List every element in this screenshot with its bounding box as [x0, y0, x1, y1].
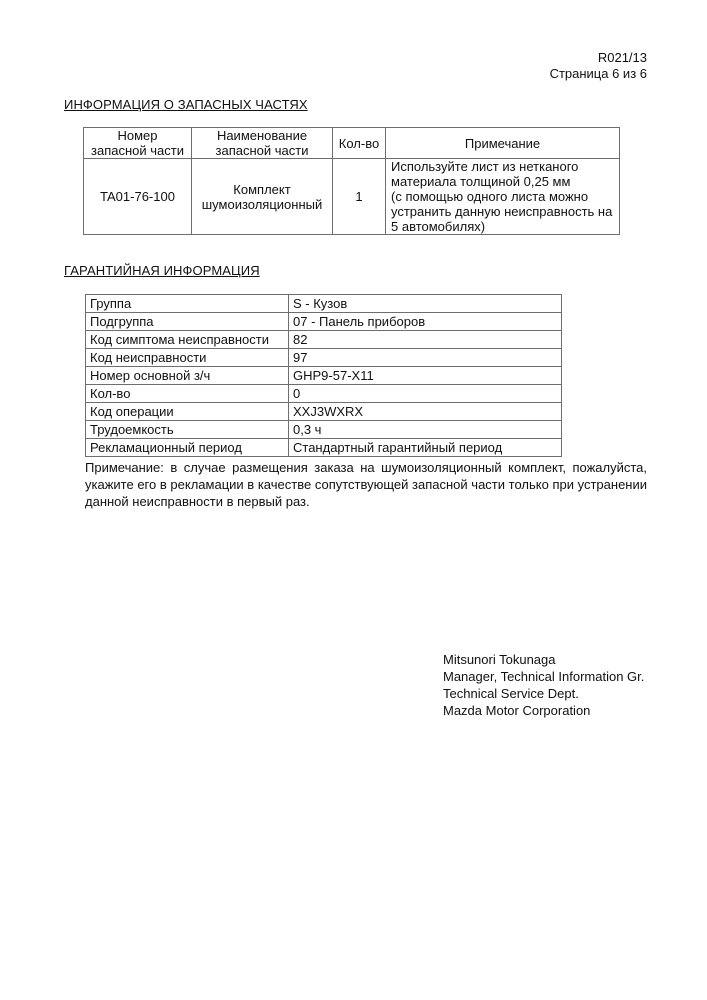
warranty-section-title: ГАРАНТИЙНАЯ ИНФОРМАЦИЯ	[64, 263, 260, 278]
signatory-department: Technical Service Dept.	[443, 685, 644, 702]
warranty-label-main-part: Номер основной з/ч	[86, 367, 289, 385]
document-header: R021/13 Страница 6 из 6	[550, 50, 647, 82]
warranty-value-defect-code: 97	[289, 349, 562, 367]
warranty-note: Примечание: в случае размещения заказа н…	[85, 459, 647, 510]
parts-table: Номер запасной части Наименование запасн…	[83, 127, 620, 235]
warranty-value-labor-time: 0,3 ч	[289, 421, 562, 439]
warranty-value-claim-period: Стандартный гарантийный период	[289, 439, 562, 457]
part-number-cell: TA01-76-100	[84, 159, 192, 235]
column-header-quantity: Кол-во	[333, 128, 386, 159]
column-header-remark: Примечание	[386, 128, 620, 159]
parts-section-title: ИНФОРМАЦИЯ О ЗАПАСНЫХ ЧАСТЯХ	[64, 97, 308, 112]
page-indicator: Страница 6 из 6	[550, 66, 647, 82]
table-row: TA01-76-100 Комплект шумоизоляционный 1 …	[84, 159, 620, 235]
parts-table-header-row: Номер запасной части Наименование запасн…	[84, 128, 620, 159]
warranty-label-symptom-code: Код симптома неисправности	[86, 331, 289, 349]
table-row: Трудоемкость 0,3 ч	[86, 421, 562, 439]
document-number: R021/13	[550, 50, 647, 66]
warranty-value-group: S - Кузов	[289, 295, 562, 313]
warranty-value-main-part: GHP9-57-X11	[289, 367, 562, 385]
warranty-value-subgroup: 07 - Панель приборов	[289, 313, 562, 331]
warranty-label-defect-code: Код неисправности	[86, 349, 289, 367]
signatory-position: Manager, Technical Information Gr.	[443, 668, 644, 685]
table-row: Код симптома неисправности 82	[86, 331, 562, 349]
table-row: Кол-во 0	[86, 385, 562, 403]
signatory-company: Mazda Motor Corporation	[443, 702, 644, 719]
warranty-label-group: Группа	[86, 295, 289, 313]
warranty-table: Группа S - Кузов Подгруппа 07 - Панель п…	[85, 294, 562, 457]
table-row: Номер основной з/ч GHP9-57-X11	[86, 367, 562, 385]
table-row: Код неисправности 97	[86, 349, 562, 367]
warranty-label-operation-code: Код операции	[86, 403, 289, 421]
table-row: Код операции XXJ3WXRX	[86, 403, 562, 421]
column-header-part-number: Номер запасной части	[84, 128, 192, 159]
warranty-label-labor-time: Трудоемкость	[86, 421, 289, 439]
column-header-part-name: Наименование запасной части	[192, 128, 333, 159]
warranty-value-operation-code: XXJ3WXRX	[289, 403, 562, 421]
signatory-name: Mitsunori Tokunaga	[443, 651, 644, 668]
warranty-label-subgroup: Подгруппа	[86, 313, 289, 331]
remark-cell: Используйте лист из нетканого материала …	[386, 159, 620, 235]
warranty-label-quantity: Кол-во	[86, 385, 289, 403]
part-name-cell: Комплект шумоизоляционный	[192, 159, 333, 235]
quantity-cell: 1	[333, 159, 386, 235]
warranty-value-quantity: 0	[289, 385, 562, 403]
table-row: Рекламационный период Стандартный гарант…	[86, 439, 562, 457]
signature-block: Mitsunori Tokunaga Manager, Technical In…	[443, 651, 644, 719]
warranty-value-symptom-code: 82	[289, 331, 562, 349]
warranty-label-claim-period: Рекламационный период	[86, 439, 289, 457]
table-row: Подгруппа 07 - Панель приборов	[86, 313, 562, 331]
table-row: Группа S - Кузов	[86, 295, 562, 313]
